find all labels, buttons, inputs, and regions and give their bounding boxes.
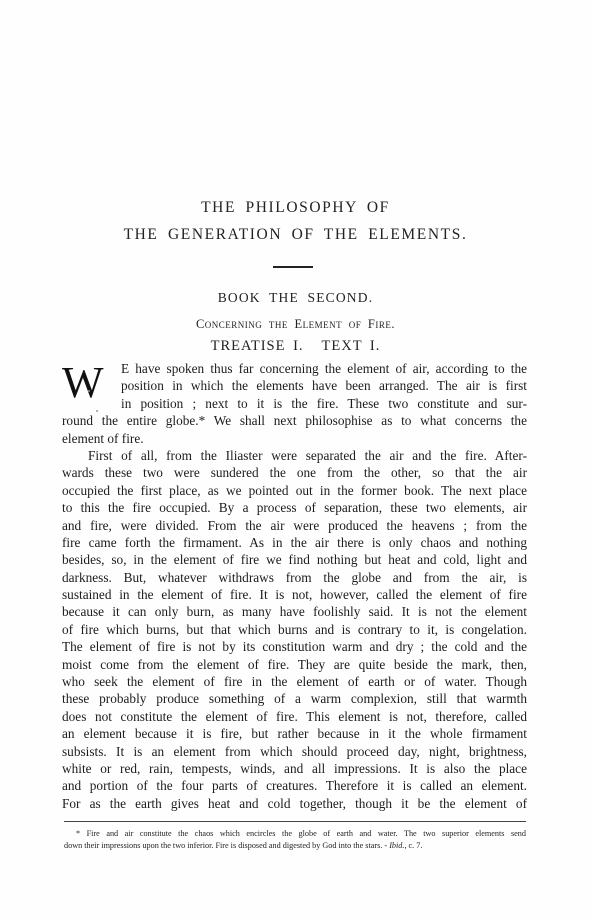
footnote-ref-italic: Ibid. [389,841,404,850]
body-line: these probably produce something of a wa… [62,690,527,707]
body-line: and portion of the four parts of creatur… [62,777,527,794]
body-line: occupied the first place, as we pointed … [62,482,527,499]
body-line: darkness. But, whatever withdraws from t… [62,569,527,586]
body-line: who seek the element of fire in the elem… [62,673,527,690]
body-line: and fire, were divided. From the air wer… [62,517,527,534]
title-line-2: THE GENERATION OF THE ELEMENTS. [0,226,591,244]
document-page: THE PHILOSOPHY OF THE GENERATION OF THE … [0,0,591,920]
body-line: to this the fire occupied. By a process … [62,499,527,516]
body-text: E have spoken thus far concerning the el… [62,360,527,812]
footnote-divider [64,821,526,822]
body-line: because it can only burn, as many have f… [62,603,527,620]
body-line: round the entire globe.* We shall next p… [62,412,527,429]
body-line: fire came forth the firmament. As in the… [62,534,527,551]
body-line: moist come from the element of fire. The… [62,656,527,673]
title-line-1: THE PHILOSOPHY OF [0,199,591,217]
body-line: does not constitute the element of fire.… [62,708,527,725]
footnote: * Fire and air constitute the chaos whic… [64,828,526,852]
body-line: subsists. It is an element from which sh… [62,743,527,760]
footnote-line: * Fire and air constitute the chaos whic… [64,828,526,840]
body-line: besides, so, in the element of fire we f… [62,551,527,568]
footnote-text: down their impressions upon the two infe… [64,841,389,850]
body-line: position in which the elements have been… [62,377,527,394]
footnote-ref-tail: , c. 7. [404,841,422,850]
body-line: an element because it is fire, but rathe… [62,725,527,742]
title-divider [273,266,313,268]
body-line: in position ; next to it is the fire. Th… [62,395,527,412]
body-line: The element of fire is not by its consti… [62,638,527,655]
treatise-label: TREATISE I. [211,338,304,354]
book-heading: BOOK THE SECOND. [0,290,591,306]
treatise-heading: TREATISE I.TEXT I. [0,338,591,355]
scan-speck [88,390,90,392]
body-line: element of fire. [62,430,527,447]
body-line: of fire which burns, but that which burn… [62,621,527,638]
text-label: TEXT I. [322,338,381,354]
footnote-line: down their impressions upon the two infe… [64,840,526,852]
body-line: First of all, from the Iliaster were sep… [62,447,527,464]
body-line: white or red, rain, tempests, winds, and… [62,760,527,777]
body-line: E have spoken thus far concerning the el… [62,360,527,377]
body-line: For as the earth gives heat and cold tog… [62,795,527,812]
scan-speck [96,410,98,412]
body-line: wards these two were sundered the one fr… [62,464,527,481]
body-line: sustained in the element of fire. It is … [62,586,527,603]
section-subtitle: Concerning the Element of Fire. [0,317,591,332]
